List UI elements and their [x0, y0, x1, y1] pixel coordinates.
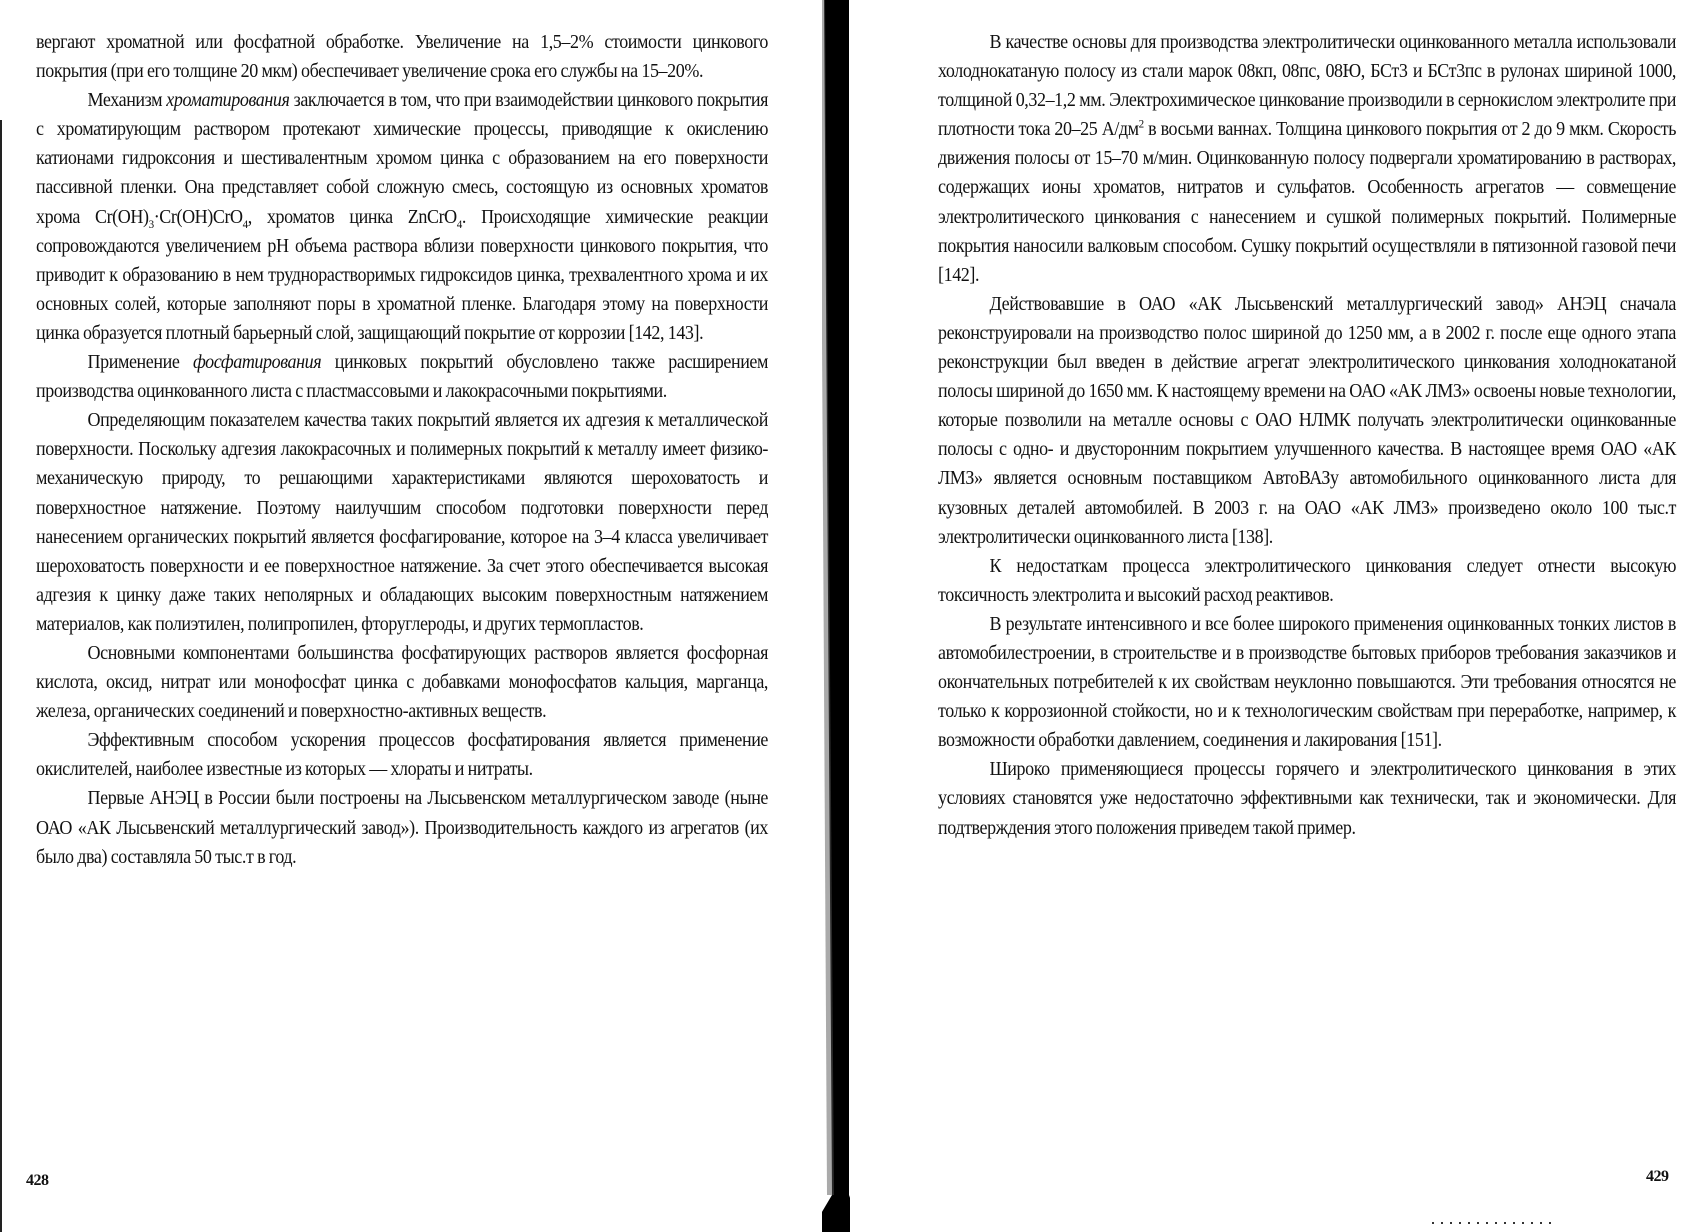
text-run: Основными компонентами большинства фосфа… [36, 643, 768, 722]
text-run: К недостаткам процесса электролитическог… [938, 556, 1676, 606]
paragraph: В качестве основы для производства элект… [938, 28, 1676, 290]
text-run: Механизм [88, 90, 167, 111]
paragraph: Эффективным способом ускорения процессов… [36, 726, 768, 784]
text-run: вергают хроматной или фосфатной обработк… [36, 32, 768, 82]
paragraph: Действовавшие в ОАО «АК Лысьвенский мета… [938, 290, 1676, 552]
text-run: Эффективным способом ускорения процессов… [36, 730, 768, 780]
left-page: вергают хроматной или фосфатной обработк… [36, 28, 768, 872]
paragraph: Широко применяющиеся процессы горячего и… [938, 755, 1676, 842]
paragraph: Основными компонентами большинства фосфа… [36, 639, 768, 726]
paragraph: Первые АНЭЦ в России были построены на Л… [36, 784, 768, 871]
gutter-shadow-icon [822, 0, 850, 1232]
paragraph: К недостаткам процесса электролитическог… [938, 552, 1676, 610]
text-run: Первые АНЭЦ в России были построены на Л… [36, 788, 768, 867]
left-page-text: вергают хроматной или фосфатной обработк… [36, 28, 768, 872]
paragraph: Механизм хроматирования заключается в то… [36, 86, 768, 348]
book-spine-gutter [822, 0, 850, 1232]
paragraph: В результате интенсивного и все более ши… [938, 610, 1676, 755]
text-run: Действовавшие в ОАО «АК Лысьвенский мета… [938, 294, 1676, 548]
page-number-left: 428 [26, 1172, 49, 1190]
emphasis-term: фосфатирования [193, 352, 321, 373]
paragraph: Определяющим показателем качества таких … [36, 406, 768, 639]
right-page: В качестве основы для производства элект… [938, 28, 1676, 843]
text-run: Определяющим показателем качества таких … [36, 410, 768, 635]
text-run: В результате интенсивного и все более ши… [938, 614, 1676, 751]
page-number-right: 429 [1646, 1168, 1669, 1186]
scan-left-border [0, 120, 2, 1232]
paragraph: Применение фосфатирования цинковых покры… [36, 348, 768, 406]
text-run: Применение [88, 352, 193, 373]
text-run: в восьми ваннах. Толщина цинкового покры… [938, 119, 1676, 285]
paragraph: вергают хроматной или фосфатной обработк… [36, 28, 768, 86]
right-page-text: В качестве основы для производства элект… [938, 28, 1676, 843]
text-run: Широко применяющиеся процессы горячего и… [938, 759, 1676, 838]
text-run: , хроматов цинка ZnCrO [248, 207, 457, 228]
text-run: ·Cr(OH)CrO [154, 207, 243, 228]
scan-artifact [1432, 1222, 1552, 1224]
emphasis-term: хроматирования [166, 90, 289, 111]
